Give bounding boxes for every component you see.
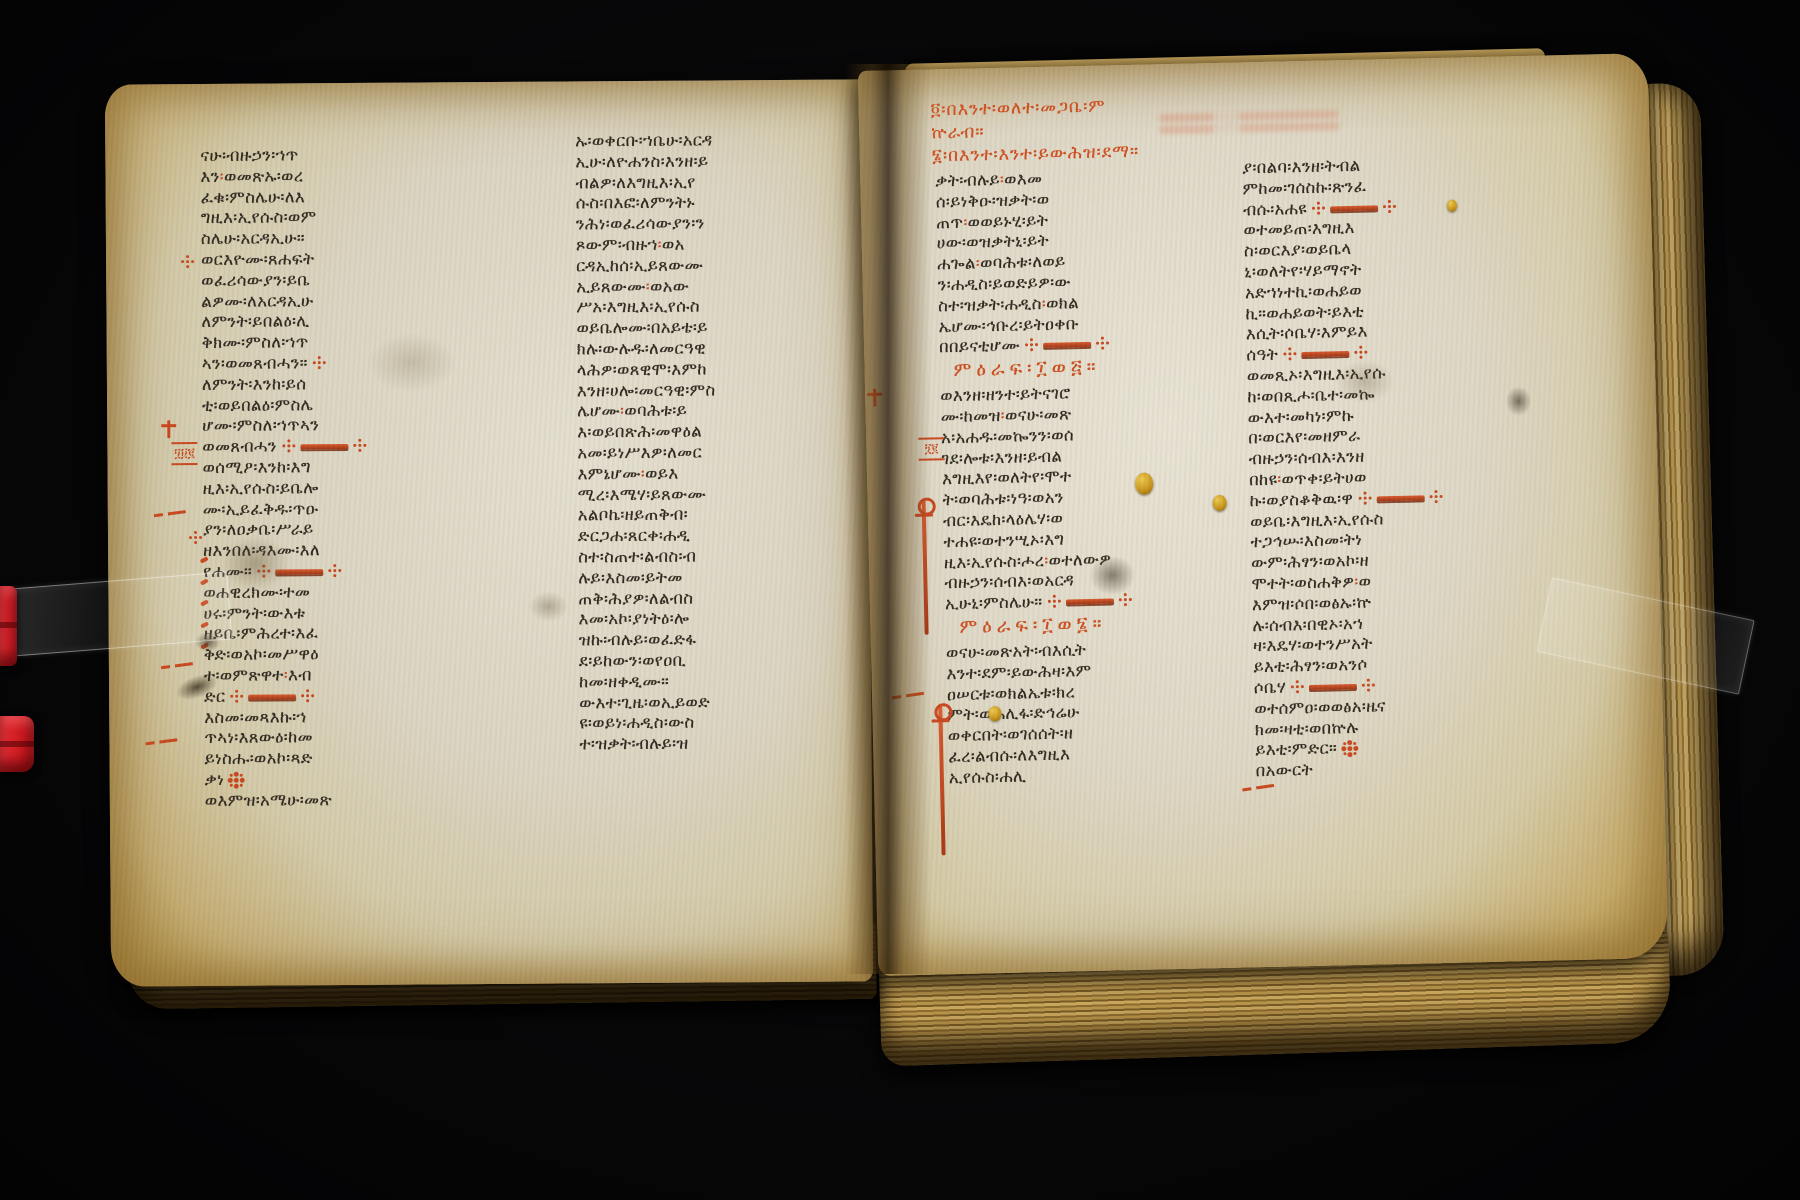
text-line: ቃነ <box>205 768 505 791</box>
text-line: ወመጸብሓን <box>202 435 502 458</box>
text-line: ዛ፡እዴሃ፡ወተንሥአት <box>1253 629 1573 657</box>
text-line: ቃት፡ብሉይ፡ወእመ <box>935 164 1240 192</box>
text-line: ተ፡ዝቃት፡ብሉይ፡ዝ <box>579 732 879 755</box>
wax-drop <box>1135 472 1153 494</box>
text-line: እንዘ፡ሀሎ፡መርዓዊ፡ምስ <box>577 379 877 402</box>
text-line: ደ፡ይከውን፡ወየዐቢ <box>579 649 879 672</box>
wax-drop <box>988 706 1001 721</box>
text-line: እን፡ወመጽኡ፡ወረ <box>200 165 500 188</box>
text-line: በከዩ፡ወጥቀ፡ይትሀወ <box>1249 463 1569 491</box>
text-line: ድር <box>204 685 504 708</box>
text-line: ዘይቤ፡ምሕረተ፡እፈ <box>204 622 504 645</box>
right-page-column-1: ቃት፡ብሉይ፡ወእመሰ፡ይነቅዑ፡ዝቃት፡ወጠጥ፡ወወይኑሂ፡ይትሀው፡ወዝቃት… <box>935 164 1254 788</box>
rubric-heading: ፬፡በእንተ፡ወለተ፡መጋቤ፡ምኵራብ።፮፡በእንተ፡እንተ፡ይውሕዝ፡ደማ። <box>930 95 1139 169</box>
text-line: ኡ፡ወቀርቡ፡ኀቤሁ፡አርዳ <box>575 129 875 152</box>
text-line: ወተሰምዐ፡ወወፅአ፡ዜና <box>1254 692 1574 720</box>
text-line: እምዝ፡ሶበ፡ወፅኡ፡ኵ <box>1252 588 1572 616</box>
text-line: እግዚእየ፡ወለትየ፡ሞተ <box>942 463 1247 491</box>
text-line: እንተ፡ደም፡ይውሕዛ፡እም <box>946 657 1251 685</box>
margin-mark-cross <box>873 389 876 407</box>
text-line: ውእተ፡ጊዜ፡ወኢይወድ <box>579 691 879 714</box>
text-line: በ፡ወርእየ፡መዘምራ <box>1248 421 1568 449</box>
text-line: ን፡ሐዲስ፡ይወድይዎ፡ው <box>937 268 1242 296</box>
text-line: ርዳኢከሰ፡ኢይጸውሙ <box>576 254 876 277</box>
text-line: ስ፡ወርእያ፡ወይቤላ <box>1244 234 1564 262</box>
text-line: ሙ፡ኢይፈቅዱ፡ጥዑ <box>203 497 503 520</box>
text-line: ኢሁ፡ለዮሐንስ፡እንዘ፡ይ <box>575 150 875 173</box>
text-line: ናሁ፡ብዙኃን፡ኀጥ <box>200 144 500 167</box>
text-line: ኢይጸውሙ፡ወአው <box>576 275 876 298</box>
chapter-rubric: ምዕራፍ፡፲ወ፭። <box>939 352 1245 387</box>
text-line: ወቀርበት፡ወገሰሰት፡ዘ <box>948 719 1253 747</box>
text-line: ይእቲ፡ሕፃን፡ወአንሶ <box>1253 650 1573 678</box>
right-page-column-2: ያ፡በልባ፡እንዘ፡ትብልምከመ፡ገሰስኩ፡ጽንፈብሱ፡አሐዩወተመይጠ፡እግዚ… <box>1242 151 1576 782</box>
text-line: ቅድ፡ወአኮ፡መሥዋዕ <box>204 643 504 666</box>
text-line: ተጋኅሡ፡እስመ፡ትነ <box>1250 525 1570 553</box>
text-line: በበይናቲሆሙ <box>939 331 1244 359</box>
text-line: ወእምዝ፡አሜሁ፡መጽ <box>205 789 505 812</box>
text-line: ወተመይጠ፡እግዚእ <box>1243 214 1563 242</box>
text-line: ዘእንበለ፡ዳእሙ፡እለ <box>203 539 503 562</box>
text-line: ኤሆሙ፡ኅቡረ፡ይትዐቀቡ <box>938 310 1243 338</box>
text-line: ወመጺኦ፡እግዚእ፡ኢየሱ <box>1247 359 1567 387</box>
left-page-column-1: ናሁ፡ብዙኃን፡ኀጥእን፡ወመጽኡ፡ወረፈቁ፡ምስሌሁ፡ለእግዚእ፡ኢየሱስ፡ወ… <box>200 144 505 812</box>
text-line: ብሱ፡አሐዩ <box>1243 193 1563 221</box>
text-line: ሀሩ፡ምንት፡ውእቱ <box>203 601 503 624</box>
text-line: በአውርት <box>1256 754 1576 782</box>
text-line: እሲት፡ሶቤሃ፡እምይእ <box>1246 317 1566 345</box>
text-line: የሐሙ። <box>203 560 503 583</box>
text-line: ወሰሚዖ፡እንከ፡እግ <box>202 456 502 479</box>
text-line: እመ፡አኮ፡ያነትዕ፡ሎ <box>579 608 879 631</box>
text-line: ወይቤ፡እግዚእ፡ኢየሱስ <box>1250 505 1570 533</box>
rubric-heading-line: ፮፡በእንተ፡እንተ፡ይውሕዝ፡ደማ። <box>932 141 1140 169</box>
text-line: አልቦኬ፡ዘይጠቅብ፡ <box>578 504 878 527</box>
text-line: ት፡ወባሕቱ፡ነዓ፡ወአን <box>942 484 1247 512</box>
text-line: ውእተ፡መካነ፡ምኩ <box>1248 401 1568 429</box>
text-line: ኪ።ወሐይወት፡ይእቲ <box>1245 297 1565 325</box>
margin-mark-cross <box>167 420 170 438</box>
text-line: ከመ፡ዘቀዲሙ። <box>579 670 879 693</box>
red-clip-lower <box>0 716 34 772</box>
text-line: ሌሆሙ፡ወባሕቱ፡ይ <box>577 400 877 423</box>
margin-mark-dash <box>892 692 924 700</box>
margin-mark-dash <box>1242 784 1274 792</box>
margin-mark-numstack: ፺፪ <box>918 437 945 461</box>
text-line: ሉ፡ሰብእ፡በዊኦ፡አኀ <box>1252 609 1572 637</box>
text-line: ፈቁ፡ምስሌሁ፡ለእ <box>201 186 501 209</box>
text-line: ክሉ፡ውሉዱ፡ለመርዓዊ <box>577 337 877 360</box>
rubric-heading-line: ኵራብ። <box>931 118 1139 146</box>
text-line: ገደ፡ሎቱ፡እንዘ፡ይብል <box>941 442 1246 470</box>
text-line: ሰዓት <box>1246 338 1566 366</box>
left-page-margin-marks: ፶፱፪ <box>105 79 867 84</box>
text-line: ድርጋሐ፡ጸርቀ፡ሐዲ <box>578 524 878 547</box>
text-line: ሉይ፡እስመ፡ይትመ <box>578 566 878 589</box>
text-line: ያ፡በልባ፡እንዘ፡ትብል <box>1242 151 1562 179</box>
text-line: ወእንዘ፡ዘንተ፡ይትናገሮ <box>940 380 1245 408</box>
text-line: ክመ፡ዛቲ፡ወበኵሉ <box>1255 712 1575 740</box>
margin-mark-tallcross <box>938 705 945 855</box>
left-page: ናሁ፡ብዙኃን፡ኀጥእን፡ወመጽኡ፡ወረፈቁ፡ምስሌሁ፡ለእግዚእ፡ኢየሱስ፡ወ… <box>105 79 873 986</box>
wax-drop <box>1213 495 1227 511</box>
text-line: ዝኩ፡ብሉይ፡ወፈድፋ <box>579 628 879 651</box>
stain <box>1505 386 1532 417</box>
rubric-heading-line: ፬፡በእንተ፡ወለተ፡መጋቤ፡ም <box>930 95 1138 123</box>
text-line: ብልዎ፡ለእግዚእ፡ኢየ <box>575 171 875 194</box>
stain <box>1335 359 1396 404</box>
text-line: ኢየሱስ፡ሐሊ <box>949 761 1254 789</box>
text-line: ዩ፡ወይነ፡ሐዲስ፡ውስ <box>579 712 879 735</box>
text-line: እስመ፡መጻእኩ፡ኀ <box>204 705 504 728</box>
ghost-bleed-through <box>1159 106 1340 148</box>
text-line: ፈረ፡ልብሱ፡ለእግዚእ <box>948 740 1253 768</box>
text-line: ሰ፡ይነቅዑ፡ዝቃት፡ወ <box>936 185 1241 213</box>
stain <box>1089 555 1136 596</box>
text-line: ቲ፡ወይበልዕ፡ምስሌ <box>202 393 502 416</box>
left-page-column-2: ኡ፡ወቀርቡ፡ኀቤሁ፡አርዳኢሁ፡ለዮሐንስ፡እንዘ፡ይብልዎ፡ለእግዚእ፡ኢየ… <box>575 129 879 755</box>
text-line: ስተ፡ዝቃት፡ሐዲስ፡ወክል <box>938 289 1243 317</box>
text-line: ሙ፡ከመዝ፡ወናሁ፡መጽ <box>940 400 1245 428</box>
text-line: አመ፡ይነሥእዎ፡ለመር <box>577 441 877 464</box>
margin-mark-numstack: ፶፱፪ <box>171 442 197 465</box>
text-line: አድኀነተኪ፡ወሐይወ <box>1245 276 1565 304</box>
text-line: ውም፡ሕፃን፡ወአኮ፡ዘ <box>1251 546 1571 574</box>
text-line: ሀው፡ወዝቃትኒ፡ይት <box>937 227 1242 255</box>
chapter-rubric: ምዕራፍ፡፲ወ፮። <box>945 608 1251 643</box>
wax-drop <box>1447 200 1457 212</box>
margin-mark-tick <box>200 556 209 563</box>
margin-mark-dash <box>145 738 177 745</box>
text-line: ሥአ፡እግዚእ፡ኢየሱስ <box>576 296 876 319</box>
stain <box>367 332 457 393</box>
text-line: ልዎሙ፡ለአርዳኢሁ <box>201 289 501 312</box>
text-line: ኩ፡ወያስቆቅዉ፡ዋ <box>1249 484 1569 512</box>
text-line: ብዙኃን፡ሰብእ፡ወአርዳ <box>944 567 1249 595</box>
text-line: ጥኣነ፡እጸውዕ፡ከመ <box>204 726 504 749</box>
text-line: ወፈሪሳውያን፡ይቤ <box>201 269 501 292</box>
text-line: ሞተት፡ወስሐቅዎ፡ወ <box>1251 567 1571 595</box>
text-line: ላሕዎ፡ወጸዊሞ፡እምከ <box>577 358 877 381</box>
text-line: ተ፡ወምጽዋተ፡እብ <box>204 664 504 687</box>
text-line: ግዚእ፡ኢየሱስ፡ወም <box>201 206 501 229</box>
text-line: ጠጥ፡ወወይኑሂ፡ይት <box>936 206 1241 234</box>
margin-mark-tick <box>200 642 209 649</box>
text-line: ስተ፡ስጠተ፡ልብስ፡ብ <box>578 545 878 568</box>
text-line: ዚእ፡ኢየሱስ፡ሖረ፡ወተለውዎ <box>944 546 1249 574</box>
red-clip-upper <box>0 586 17 666</box>
text-line: ጾውም፡ብዙኀ፡ወአ <box>576 233 876 256</box>
text-line: ንሕነ፡ወፈሪሳውያን፡ን <box>576 212 876 235</box>
text-line: ሱስ፡በእፎ፡ለምንትኑ <box>576 192 876 215</box>
text-line: አ፡አሐዱ፡መኰንን፡ወሰ <box>941 421 1246 449</box>
stain <box>173 669 222 705</box>
text-line: ምት፡ወሐሊፋ፡ድኅሬሁ <box>947 699 1252 727</box>
text-line: ምከመ፡ገሰስኩ፡ጽንፈ <box>1242 172 1562 200</box>
text-line: ተሐዩ፡ወተንሢኦ፡እግ <box>943 525 1248 553</box>
text-line: ሆሙ፡ምስለ፡ኀጥኣን <box>202 414 502 437</box>
text-line: ቅክሙ፡ምስለ፡ኀጥ <box>202 331 502 354</box>
text-line: ሶቤሃ <box>1254 671 1574 699</box>
text-line: ብር፡እዴከ፡ላዕሌሃ፡ወ <box>943 504 1248 532</box>
text-line: ይነስሑ፡ወአኮ፡ጻድ <box>205 747 505 770</box>
text-line: ሐጐል፡ወባሕቱ፡ለወይ <box>937 248 1242 276</box>
text-line: ለምንት፡ይበልዕ፡ሊ <box>201 310 501 333</box>
margin-mark-tallcross <box>922 500 929 635</box>
right-page: ፬፡በእንተ፡ወለተ፡መጋቤ፡ምኵራብ።፮፡በእንተ፡እንተ፡ይውሕዝ፡ደማ። … <box>858 53 1668 976</box>
margin-mark-dash <box>161 662 193 669</box>
text-line: ለምንት፡እንከ፡ይሰ <box>202 373 502 396</box>
margin-mark-dots <box>194 536 197 539</box>
stain <box>220 535 290 591</box>
text-line: ብዙኃን፡ሰብእ፡እንዘ <box>1249 442 1569 470</box>
text-line: ወናሁ፡መጽአት፡ብእሲት <box>946 636 1251 664</box>
text-line: ያን፡ለዐቃቤ፡ሥራይ <box>203 518 503 541</box>
text-line: ጠቅ፡ሕያዎ፡ለልብስ <box>578 587 878 610</box>
text-line: ዚእ፡ኢየሱስ፡ይቤሎ <box>203 477 503 500</box>
text-line: እምኔሆሙ፡ወይእ <box>578 462 878 485</box>
text-line: ስሌሁ፡አርዳኢሁ። <box>201 227 501 250</box>
margin-mark-dash <box>154 510 186 517</box>
text-line: ኒ፡ወለትየ፡ሃይማኖት <box>1244 255 1564 283</box>
text-line: ወሐዊረክሙ፡ተመ <box>203 581 503 604</box>
stain <box>528 591 568 621</box>
text-line: ኣን፡ወመጸብሓን። <box>202 352 502 375</box>
text-line: ወይቤሎሙ፡በአይቴ፡ይ <box>577 316 877 339</box>
text-line: ኢሁኒ፡ምስሌሁ። <box>945 587 1250 615</box>
text-line: ዐሠርቱ፡ወክልኤቱ፡ክረ <box>947 678 1252 706</box>
text-line: ሚረ፡እሜሃ፡ይጸውሙ <box>578 483 878 506</box>
text-line: እ፡ወይበጽሕ፡መዋዕል <box>577 420 877 443</box>
text-line: ከ፡ወበጺሖ፡ቤተ፡መኰ <box>1247 380 1567 408</box>
text-line: ወርእዮሙ፡ጸሐፍት <box>201 248 501 271</box>
margin-mark-dots <box>186 260 189 263</box>
text-line: ይእቲ፡ምድር። <box>1255 733 1575 761</box>
